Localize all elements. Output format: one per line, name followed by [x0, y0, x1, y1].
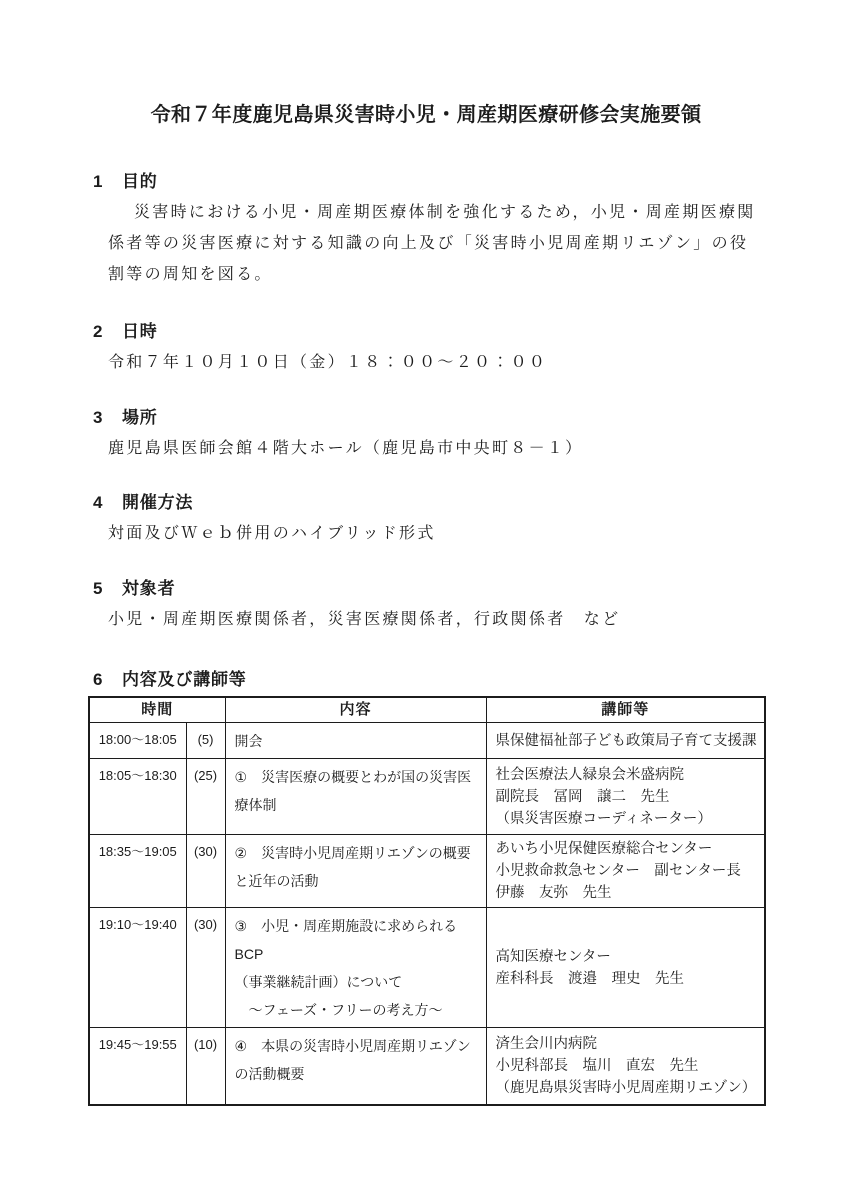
document-content: 令和７年度鹿児島県災害時小児・周産期医療研修会実施要領 1目的 災害時における小…	[88, 0, 764, 1106]
section-heading: 4開催方法	[88, 489, 764, 517]
schedule-table: 時間 内容 講師等 18:00～18:05 (5) 開会 県保健福祉部子ども政策…	[88, 696, 766, 1106]
section-heading-label: 日時	[122, 322, 158, 341]
section-body-text: 令和７年１０月１０日（金）１８：００～２０：００	[108, 347, 764, 378]
time-cell: 19:45～19:55	[89, 1028, 186, 1105]
section-program: 6内容及び講師等	[88, 666, 764, 694]
section-body-text: 対面及びＷｅｂ併用のハイブリッド形式	[108, 518, 764, 549]
duration-cell: (5)	[186, 723, 225, 759]
section-number: 5	[93, 575, 122, 603]
section-heading: 6内容及び講師等	[88, 666, 764, 694]
section-heading-label: 目的	[122, 172, 158, 191]
section-heading: 1目的	[88, 168, 764, 196]
content-cell: ③ 小児・周産期施設に求められる BCP （事業継続計画）について ～フェーズ・…	[225, 908, 486, 1028]
section-heading: 2日時	[88, 318, 764, 346]
section-number: 4	[93, 489, 122, 517]
section-purpose: 1目的 災害時における小児・周産期医療体制を強化するため，小児・周産期医療関 係…	[88, 168, 764, 290]
section-body-text: 鹿児島県医師会館４階大ホール（鹿児島市中央町８－１）	[108, 433, 764, 464]
duration-cell: (30)	[186, 835, 225, 908]
section-format: 4開催方法 対面及びＷｅｂ併用のハイブリッド形式	[88, 489, 764, 549]
section-body-text: 小児・周産期医療関係者，災害医療関係者，行政関係者 など	[108, 604, 764, 635]
column-header-time: 時間	[89, 697, 225, 723]
lecturer-cell: 県保健福祉部子ども政策局子育て支援課	[486, 723, 765, 759]
section-number: 3	[93, 404, 122, 432]
table-row: 19:10～19:40 (30) ③ 小児・周産期施設に求められる BCP （事…	[89, 908, 765, 1028]
section-number: 6	[93, 666, 122, 694]
section-heading-label: 対象者	[122, 579, 175, 598]
time-cell: 19:10～19:40	[89, 908, 186, 1028]
section-body-text: 災害時における小児・周産期医療体制を強化するため，小児・周産期医療関 係者等の災…	[108, 197, 764, 290]
document-page: 令和７年度鹿児島県災害時小児・周産期医療研修会実施要領 1目的 災害時における小…	[0, 0, 848, 1200]
table-row: 18:35～19:05 (30) ② 災害時小児周産期リエゾンの概要 と近年の活…	[89, 835, 765, 908]
page-title: 令和７年度鹿児島県災害時小児・周産期医療研修会実施要領	[88, 0, 764, 129]
duration-cell: (30)	[186, 908, 225, 1028]
section-audience: 5対象者 小児・周産期医療関係者，災害医療関係者，行政関係者 など	[88, 575, 764, 635]
column-header-content: 内容	[225, 697, 486, 723]
section-heading-label: 内容及び講師等	[122, 670, 247, 689]
duration-cell: (10)	[186, 1028, 225, 1105]
section-location: 3場所 鹿児島県医師会館４階大ホール（鹿児島市中央町８－１）	[88, 404, 764, 464]
section-heading: 5対象者	[88, 575, 764, 603]
table-row: 19:45～19:55 (10) ④ 本県の災害時小児周産期リエゾン の活動概要…	[89, 1028, 765, 1105]
lecturer-cell: あいち小児保健医療総合センター 小児救命救急センター 副センター長 伊藤 友弥 …	[486, 835, 765, 908]
content-cell: ② 災害時小児周産期リエゾンの概要 と近年の活動	[225, 835, 486, 908]
lecturer-cell: 高知医療センター 産科科長 渡邉 理史 先生	[486, 908, 765, 1028]
column-header-lecturer: 講師等	[486, 697, 765, 723]
time-cell: 18:05～18:30	[89, 759, 186, 835]
lecturer-cell: 社会医療法人緑泉会米盛病院 副院長 冨岡 譲二 先生 （県災害医療コーディネータ…	[486, 759, 765, 835]
section-heading-label: 場所	[122, 408, 158, 427]
time-cell: 18:35～19:05	[89, 835, 186, 908]
table-header-row: 時間 内容 講師等	[89, 697, 765, 723]
table-row: 18:00～18:05 (5) 開会 県保健福祉部子ども政策局子育て支援課	[89, 723, 765, 759]
table-row: 18:05～18:30 (25) ① 災害医療の概要とわが国の災害医 療体制 社…	[89, 759, 765, 835]
content-cell: ④ 本県の災害時小児周産期リエゾン の活動概要	[225, 1028, 486, 1105]
content-cell: ① 災害医療の概要とわが国の災害医 療体制	[225, 759, 486, 835]
section-number: 2	[93, 318, 122, 346]
section-datetime: 2日時 令和７年１０月１０日（金）１８：００～２０：００	[88, 318, 764, 378]
section-heading-label: 開催方法	[122, 493, 193, 512]
section-number: 1	[93, 168, 122, 196]
content-cell: 開会	[225, 723, 486, 759]
lecturer-cell: 済生会川内病院 小児科部長 塩川 直宏 先生 （鹿児島県災害時小児周産期リエゾン…	[486, 1028, 765, 1105]
time-cell: 18:00～18:05	[89, 723, 186, 759]
section-heading: 3場所	[88, 404, 764, 432]
duration-cell: (25)	[186, 759, 225, 835]
